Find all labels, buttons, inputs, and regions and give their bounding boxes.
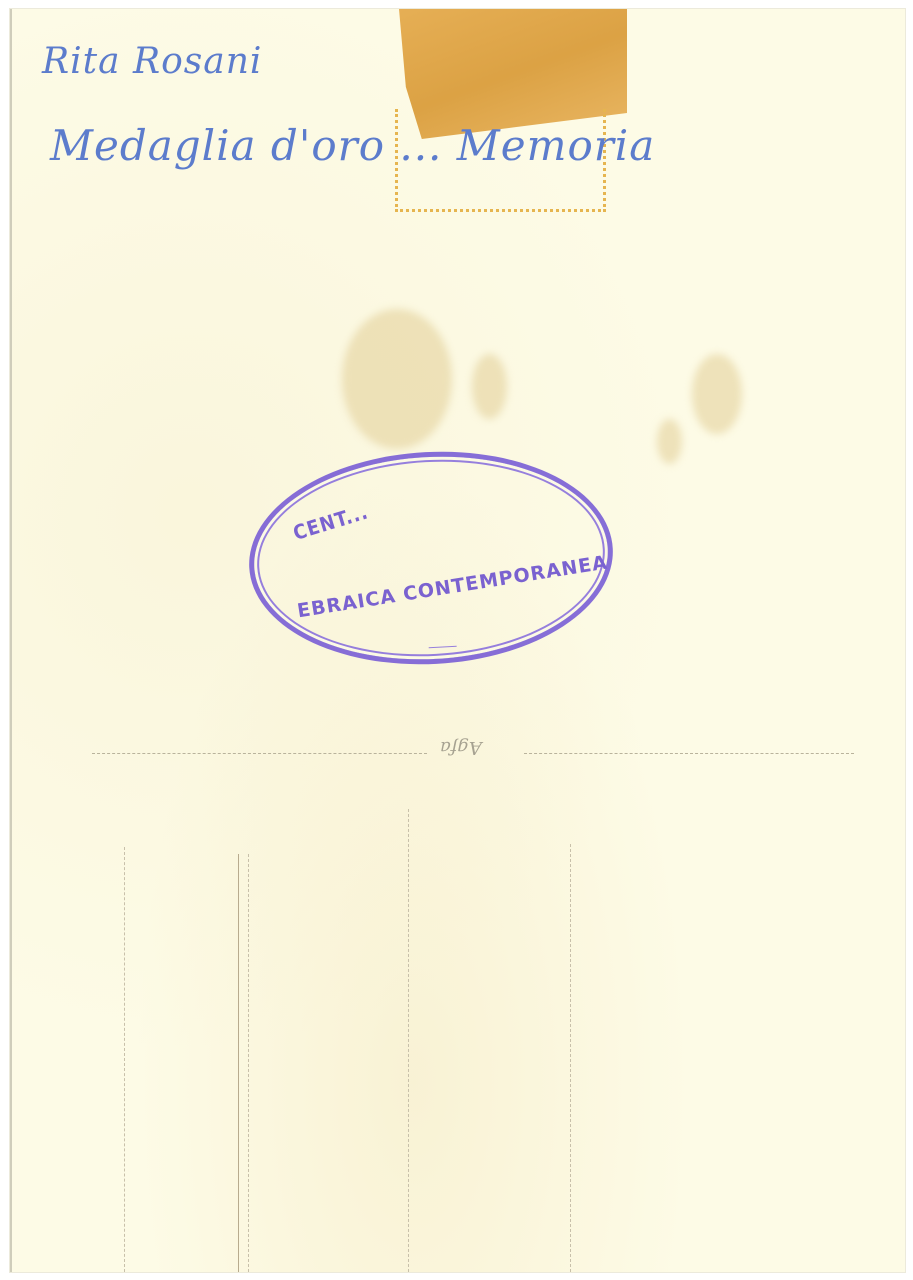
stamp-dash [429, 646, 457, 648]
handwritten-caption: Medaglia d'oro ... Memoria [50, 121, 655, 170]
photo-back-card: Rita Rosani Medaglia d'oro ... Memoria C… [10, 9, 905, 1272]
stamp-box-line-4 [408, 809, 409, 1272]
stain-left [342, 309, 452, 449]
stamp-box-line-2 [238, 854, 239, 1272]
divider-right [524, 753, 854, 754]
stamp-box-line-1 [124, 847, 125, 1272]
handwritten-name: Rita Rosani [42, 41, 262, 82]
archive-stamp: CENT... EBRAICA CONTEMPORANEA [244, 443, 619, 674]
stain-right [692, 354, 742, 434]
stamp-box-line-5 [570, 844, 571, 1272]
printed-brand: Agfa [440, 737, 482, 758]
stain-left-small [472, 354, 507, 419]
stamp-text-top: CENT... [290, 499, 371, 545]
stain-right-small [657, 419, 682, 464]
divider-left [92, 753, 427, 754]
stamp-text-bottom: EBRAICA CONTEMPORANEA [296, 551, 610, 622]
stamp-box-line-3 [248, 854, 249, 1272]
